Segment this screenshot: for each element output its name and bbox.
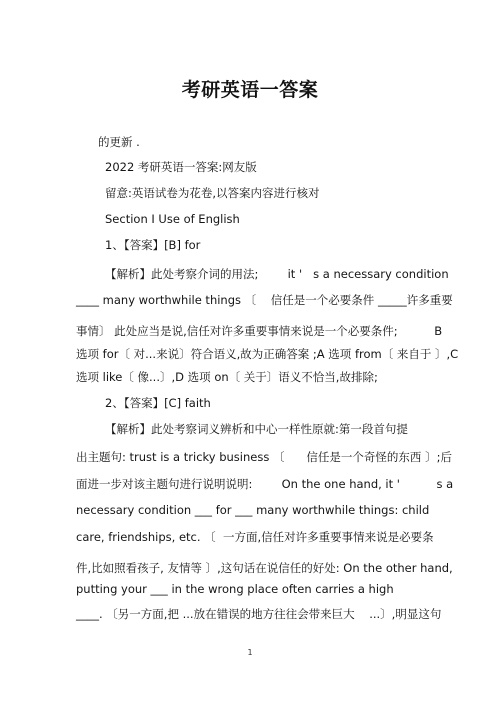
text-line: ____ many worthwhile things 〔 信任是一个必要条件 … bbox=[76, 293, 453, 307]
text-line: 的更新 . bbox=[98, 135, 140, 149]
analysis-1: 【解析】此处考察介词的用法; it ' s a necessary condit… bbox=[105, 267, 449, 281]
text-line: 件,比如照看孩子, 友情等 〕,这句话在说信任的好处: On the other… bbox=[76, 561, 453, 575]
analysis-2: 【解析】此处考察词义辨析和中心一样性原就:第一段首句提 bbox=[105, 422, 408, 436]
text-line: 选项 like〔 像...〕,D 选项 on〔 关于〕语义不恰当,故排除; bbox=[76, 370, 378, 384]
text-line: 2022 考研英语一答案:网友版 bbox=[105, 160, 257, 174]
text-line: 留意:英语试卷为花卷,以答案内容进行核对 bbox=[105, 186, 320, 200]
section-heading: Section I Use of English bbox=[105, 212, 240, 226]
answer-1: 1、【答案】[B] for bbox=[105, 238, 200, 252]
page-number: 1 bbox=[0, 648, 500, 657]
text-line: care, friendships, etc. 〔 一方面,信任对许多重要事情来… bbox=[76, 530, 434, 544]
text-line: necessary condition ___ for ___ many wor… bbox=[76, 503, 429, 517]
text-line: 面进一步对该主题句进行说明说明: On the one hand, it ' s… bbox=[76, 477, 453, 491]
text-line: ____. 〔另一方面,把 ...放在错误的地方往往会带来巨大 ...〕,明显这… bbox=[76, 607, 441, 621]
text-line: putting your ___ in the wrong place ofte… bbox=[76, 582, 394, 596]
document-title: 考研英语一答案 bbox=[0, 75, 500, 102]
text-line: 出主题句: trust is a tricky business 〔 信任是一个… bbox=[76, 450, 452, 464]
answer-2: 2、【答案】[C] faith bbox=[105, 396, 211, 410]
text-line: 事情〕 此处应当是说,信任对许多重要事情来说是一个必要条件; B bbox=[76, 324, 442, 338]
text-line: 选项 for〔 对...来说〕符合语义,故为正确答案 ;A 选项 from〔 来… bbox=[76, 347, 458, 361]
